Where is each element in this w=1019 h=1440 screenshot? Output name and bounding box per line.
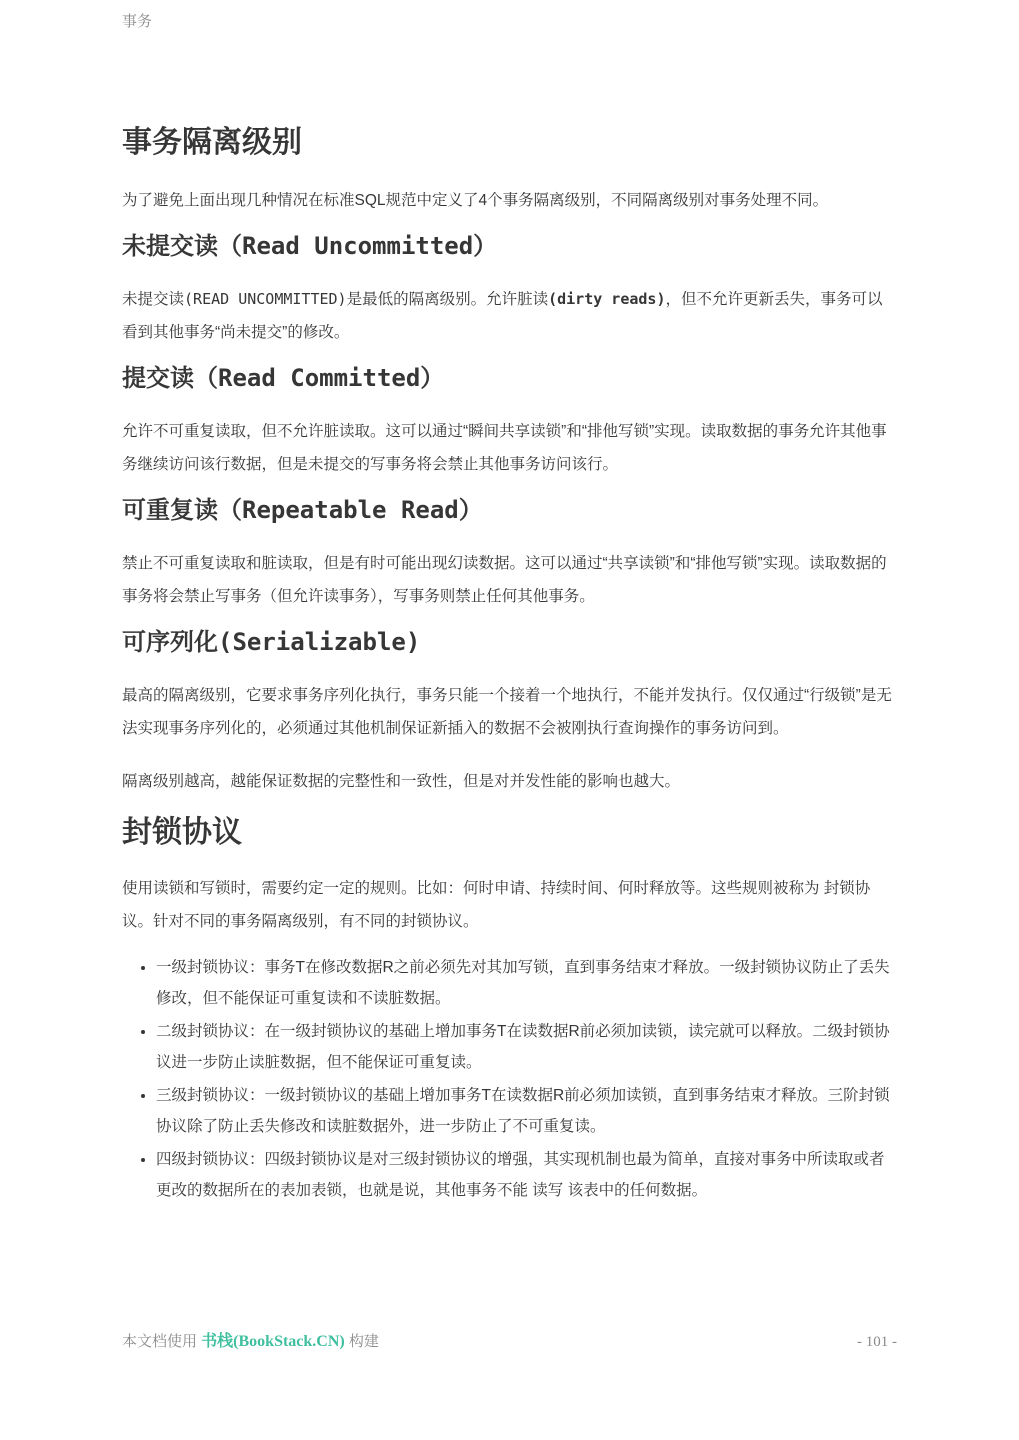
lock-protocol-intro-paragraph: 使用读锁和写锁时，需要约定一定的规则。比如：何时申请、持续时间、何时释放等。这些… [122,872,897,938]
footer-attribution: 本文档使用 书栈(BookStack.CN) 构建 [122,1328,379,1351]
page-footer: 本文档使用 书栈(BookStack.CN) 构建 - 101 - [122,1328,897,1351]
heading-serializable: 可序列化(Serializable) [122,627,897,657]
read-committed-paragraph: 允许不可重复读取，但不允许脏读取。这可以通过“瞬间共享读锁”和“排他写锁”实现。… [122,415,897,481]
bookstack-link[interactable]: 书栈(BookStack.CN) [201,1333,345,1350]
list-item-level4-lock-protocol: 四级封锁协议：四级封锁协议是对三级封锁协议的增强，其实现机制也最为简单，直接对事… [156,1144,897,1206]
text-segment: 未提交读 [122,291,184,308]
document-content: 事务隔离级别 为了避免上面出现几种情况在标准SQL规范中定义了4个事务隔离级别，… [122,0,897,1208]
heading-transaction-isolation-levels: 事务隔离级别 [122,124,897,162]
heading-read-uncommitted: 未提交读（Read Uncommitted） [122,231,897,261]
lock-protocol-list: 一级封锁协议：事务T在修改数据R之前必须先对其加写锁，直到事务结束才释放。一级封… [122,952,897,1206]
read-uncommitted-paragraph: 未提交读(READ UNCOMMITTED)是最低的隔离级别。允许脏读(dirt… [122,283,897,349]
heading-lock-protocol: 封锁协议 [122,814,897,852]
heading-repeatable-read: 可重复读（Repeatable Read） [122,495,897,525]
footer-text-suffix: 构建 [345,1333,379,1350]
inline-code-read-uncommitted: (READ UNCOMMITTED) [184,290,347,308]
page-number: - 101 - [857,1334,897,1351]
isolation-note-paragraph: 隔离级别越高，越能保证数据的完整性和一致性，但是对并发性能的影响也越大。 [122,765,897,798]
list-item-level2-lock-protocol: 二级封锁协议：在一级封锁协议的基础上增加事务T在读数据R前必须加读锁，读完就可以… [156,1016,897,1078]
heading-read-committed: 提交读（Read Committed） [122,363,897,393]
list-item-level1-lock-protocol: 一级封锁协议：事务T在修改数据R之前必须先对其加写锁，直到事务结束才释放。一级封… [156,952,897,1014]
document-page: 事务 事务隔离级别 为了避免上面出现几种情况在标准SQL规范中定义了4个事务隔离… [0,0,1019,1440]
repeatable-read-paragraph: 禁止不可重复读取和脏读取，但是有时可能出现幻读数据。这可以通过“共享读锁”和“排… [122,547,897,613]
text-segment: 是最低的隔离级别。允许脏读 [347,291,549,308]
footer-text-prefix: 本文档使用 [122,1333,201,1350]
serializable-paragraph: 最高的隔离级别，它要求事务序列化执行，事务只能一个接着一个地执行，不能并发执行。… [122,679,897,745]
inline-code-dirty-reads: (dirty reads) [548,290,665,308]
list-item-level3-lock-protocol: 三级封锁协议：一级封锁协议的基础上增加事务T在读数据R前必须加读锁，直到事务结束… [156,1080,897,1142]
intro-paragraph: 为了避免上面出现几种情况在标准SQL规范中定义了4个事务隔离级别，不同隔离级别对… [122,184,897,217]
